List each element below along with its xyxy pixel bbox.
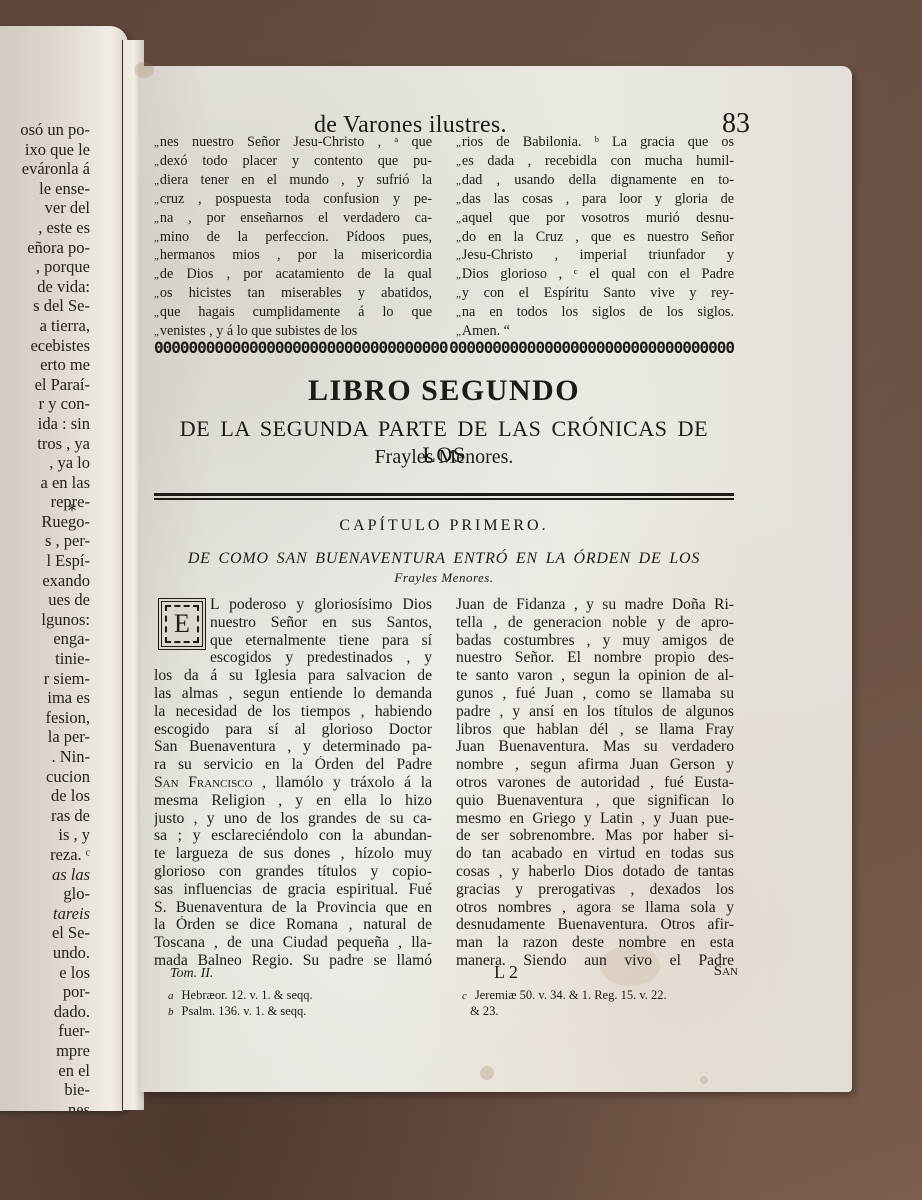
- left-page-line: s , per-: [0, 531, 90, 551]
- continued-text-left-column: „nes nuestro Señor Jesu-Christo , ᵃ que„…: [154, 134, 432, 342]
- body-line: escogidos y predestinados , y: [154, 649, 432, 667]
- quote-mark: „: [154, 269, 158, 281]
- body-right-column: Juan de Fidanza , y su madre Doña Ri-tel…: [456, 596, 734, 970]
- left-page-line: is , y: [0, 825, 90, 845]
- body-line: desnudamente Buenaventura. Otros afir-: [456, 916, 734, 934]
- body-line: te largueza de sus dones , hízolo muy: [154, 845, 432, 863]
- left-page-line: as las: [0, 865, 90, 885]
- left-page-line: repre-: [0, 492, 90, 512]
- body-line: quio Buenaventura , que significan lo: [456, 792, 734, 810]
- left-page-line: a en las: [0, 473, 90, 493]
- body-line: Toscana , de una Ciudad pequeña , lla-: [154, 934, 432, 952]
- left-page-line: enga-: [0, 629, 90, 649]
- text-line: „que hagais cumplidamente á lo que: [154, 304, 432, 323]
- left-page-line: , porque: [0, 257, 90, 277]
- left-page-line: fuer-: [0, 1021, 90, 1041]
- text-line: „y con el Espíritu Santo vive y rey-: [456, 285, 734, 304]
- left-page-line: lgunos:: [0, 610, 90, 630]
- quote-mark: „: [154, 307, 158, 319]
- chapter-summary: DE COMO SAN BUENAVENTURA ENTRÓ EN LA ÓRD…: [154, 550, 734, 568]
- left-page-line: mpre: [0, 1041, 90, 1061]
- left-page-line: ima es: [0, 688, 90, 708]
- left-page-line: undo.: [0, 943, 90, 963]
- quote-mark: „: [154, 213, 158, 225]
- body-line: mesmo en Griego y Latin , y Juan pue-: [456, 810, 734, 828]
- quote-mark: „: [154, 288, 158, 300]
- body-line: badas costumbres , y muy amigos de: [456, 632, 734, 650]
- footnote: aHebræor. 12. v. 1. & seqq.: [168, 988, 438, 1004]
- left-page-line: erto me: [0, 355, 90, 375]
- body-line: cosas , y haberlo Dios dotado de tantas: [456, 863, 734, 881]
- footnote: bPsalm. 136. v. 1. & seqq.: [168, 1004, 438, 1020]
- text-line: „na en todos los siglos de los siglos.: [456, 304, 734, 323]
- left-page-line: bie-: [0, 1080, 90, 1100]
- body-line: sas influencias de gracia espiritual. Fu…: [154, 881, 432, 899]
- text-line: „cruz , pospuesta toda confusion y pe-: [154, 191, 432, 210]
- left-page-line: exando: [0, 571, 90, 591]
- body-line: man la razon deste nombre en esta: [456, 934, 734, 952]
- left-page-line: el Se-: [0, 923, 90, 943]
- left-page-line: el Paraí-: [0, 375, 90, 395]
- quote-mark: „: [154, 137, 158, 149]
- left-page-line: glo-: [0, 884, 90, 904]
- footnote: cJeremiæ 50. v. 34. & 1. Reg. 15. v. 22.: [462, 988, 737, 1004]
- left-page-line: dado.: [0, 1002, 90, 1022]
- left-page: osó un po-ixo que leeváronla ále ense-ve…: [0, 26, 128, 1111]
- body-line: gunos , fué Juan , como se llamaba su: [456, 685, 734, 703]
- text-line: „nes nuestro Señor Jesu-Christo , ᵃ que: [154, 134, 432, 153]
- left-page-line: tros , ya: [0, 434, 90, 454]
- body-line: padre , y ansí en los títulos de algunos: [456, 703, 734, 721]
- quote-mark: „: [154, 175, 158, 187]
- text-line: „dexó todo placer y contento que pu-: [154, 153, 432, 172]
- left-page-line: l Espí-: [0, 551, 90, 571]
- quote-mark: „: [456, 232, 460, 244]
- left-page-line: de vida:: [0, 277, 90, 297]
- right-page: de Varones ilustres. 83 „nes nuestro Señ…: [140, 66, 852, 1092]
- quote-mark: „: [456, 137, 460, 149]
- body-line: S. Buenaventura de la Provincia que en: [154, 899, 432, 917]
- left-page-line: fesion,: [0, 708, 90, 728]
- left-page-line: tinie-: [0, 649, 90, 669]
- text-line: „Jesu-Christo , imperial triunfador y: [456, 247, 734, 266]
- ornamental-drop-cap: E: [158, 598, 206, 650]
- left-page-line: la per-: [0, 727, 90, 747]
- left-page-text: osó un po-ixo que leeváronla ále ense-ve…: [0, 120, 90, 1111]
- body-line: do tan acabado en virtud en todas sus: [456, 845, 734, 863]
- text-line: „do en la Cruz , que es nuestro Señor: [456, 229, 734, 248]
- left-page-line: r siem-: [0, 669, 90, 689]
- body-line: ra su servicio en la Órden del Padre: [154, 756, 432, 774]
- body-line: Juan de Fidanza , y su madre Doña Ri-: [456, 596, 734, 614]
- text-line: „de Dios , por acatamiento de la qual: [154, 266, 432, 285]
- footnotes-right: cJeremiæ 50. v. 34. & 1. Reg. 15. v. 22.…: [462, 988, 737, 1020]
- page-footer: Tom. II. L 2 San: [154, 966, 734, 986]
- quote-mark: „: [456, 194, 460, 206]
- left-page-line: de los: [0, 786, 90, 806]
- chapter-summary-continued: Frayles Menores.: [154, 570, 734, 586]
- body-left-column: E L poderoso y gloriosísimo Diosnuestro …: [154, 596, 432, 970]
- body-line: las almas , segun entiende lo demanda: [154, 685, 432, 703]
- quote-mark: „: [456, 269, 460, 281]
- left-page-line: , ya lo: [0, 453, 90, 473]
- text-line: „os hicistes tan miserables y abatidos,: [154, 285, 432, 304]
- left-page-line: ras de: [0, 806, 90, 826]
- body-line: nombre , segun afirma Juan Gerson y: [456, 756, 734, 774]
- body-line: te santo varon , segun la opinion de al-: [456, 667, 734, 685]
- text-line: „dad , usando della dignamente en to-: [456, 172, 734, 191]
- body-line: Juan Buenaventura. Mas su verdadero: [456, 738, 734, 756]
- text-line: „es dada , recebidla con mucha humil-: [456, 153, 734, 172]
- body-line: nuestro Señor. El nombre propio des-: [456, 649, 734, 667]
- footnote: & 23.: [462, 1004, 737, 1020]
- body-line: tella , de generacion noble y de apro-: [456, 614, 734, 632]
- left-page-line: ixo que le: [0, 140, 90, 160]
- left-page-line: e los: [0, 963, 90, 983]
- body-line: la Órden se dice Romana , natural de: [154, 916, 432, 934]
- text-line: „mino de la perfeccion. Pídoos pues,: [154, 229, 432, 248]
- left-page-line: ecebistes: [0, 336, 90, 356]
- body-line: otros varones de autoridad , fué Eusta-: [456, 774, 734, 792]
- footnotes-left: aHebræor. 12. v. 1. & seqq.bPsalm. 136. …: [168, 988, 438, 1020]
- signature-mark: L 2: [494, 962, 518, 983]
- margin-asterisk: *: [68, 501, 76, 520]
- left-page-line: por-: [0, 982, 90, 1002]
- body-line: los da á su Iglesia para salvacion de: [154, 667, 432, 685]
- left-page-line: tareis: [0, 904, 90, 924]
- left-page-line: Ruego-: [0, 512, 90, 532]
- left-page-line: eñora po-: [0, 238, 90, 258]
- continued-text-right-column: „rios de Babilonia. ᵇ La gracia que os„e…: [456, 134, 734, 342]
- text-line: „rios de Babilonia. ᵇ La gracia que os: [456, 134, 734, 153]
- text-line: „das las cosas , para loor y gloria de: [456, 191, 734, 210]
- quote-mark: „: [456, 156, 460, 168]
- quote-mark: „: [154, 194, 158, 206]
- quote-mark: „: [456, 250, 460, 262]
- left-page-line: ver del: [0, 198, 90, 218]
- body-line: sa ; y esclareciéndolo con la abundan-: [154, 827, 432, 845]
- text-line: „Dios glorioso , ᶜ el qual con el Padre: [456, 266, 734, 285]
- body-line: mesma Religion , y en ella lo hizo: [154, 792, 432, 810]
- left-page-line: le ense-: [0, 179, 90, 199]
- quote-mark: „: [456, 288, 460, 300]
- quote-mark: „: [456, 213, 460, 225]
- left-page-line: , este es: [0, 218, 90, 238]
- text-line: „diera tener en el mundo , y sufrió la: [154, 172, 432, 191]
- left-page-line: ida : sin: [0, 414, 90, 434]
- body-line: San Buenaventura , y determinado pa-: [154, 738, 432, 756]
- text-line: „aquel que por vosotros murió desnu-: [456, 210, 734, 229]
- left-page-line: cucion: [0, 767, 90, 787]
- left-page-line: nes: [0, 1100, 90, 1111]
- body-line: la necesidad de los tiempos , habiendo: [154, 703, 432, 721]
- quote-mark: „: [154, 232, 158, 244]
- left-page-line: . Nin-: [0, 747, 90, 767]
- quote-mark: „: [456, 175, 460, 187]
- left-page-line: eváronla á: [0, 159, 90, 179]
- quote-mark: „: [154, 156, 158, 168]
- body-line: glorioso con grandes títulos y copio-: [154, 863, 432, 881]
- body-line: libros que hablan dél , se llama Fray: [456, 721, 734, 739]
- left-page-line: s del Se-: [0, 296, 90, 316]
- left-page-line: osó un po-: [0, 120, 90, 140]
- book-subtitle-continued: Frayles Menores.: [154, 446, 734, 469]
- left-page-line: r y con-: [0, 394, 90, 414]
- body-line: de ser sobrenombre. Mas por haber si-: [456, 827, 734, 845]
- chapter-body: E L poderoso y gloriosísimo Diosnuestro …: [154, 596, 734, 970]
- body-line: otros nombres , agora se llama sola y: [456, 899, 734, 917]
- quote-mark: „: [456, 326, 460, 338]
- book-title: LIBRO SEGUNDO: [154, 374, 734, 408]
- left-page-line: en el: [0, 1061, 90, 1081]
- left-page-line: ues de: [0, 590, 90, 610]
- continued-text: „nes nuestro Señor Jesu-Christo , ᵃ que„…: [154, 134, 734, 342]
- volume-marker: Tom. II.: [170, 966, 213, 982]
- quote-mark: „: [154, 250, 158, 262]
- ornamental-rule: 0000000000000000000000000000000000 00000…: [154, 338, 734, 356]
- body-line: gracias y prerogativas , dexados los: [456, 881, 734, 899]
- quote-mark: „: [154, 326, 158, 338]
- body-line: justo , y uno de los grandes de su ca-: [154, 810, 432, 828]
- text-line: „hermanos mios , por la misericordia: [154, 247, 432, 266]
- body-line: San Francisco , llamólo y tráxolo á la: [154, 774, 432, 792]
- chapter-title: CAPÍTULO PRIMERO.: [154, 517, 734, 535]
- double-rule-divider: [154, 493, 734, 500]
- catchword: San: [714, 963, 738, 980]
- body-line: escogido para sí al glorioso Doctor: [154, 721, 432, 739]
- text-line: „na , por enseñarnos el verdadero ca-: [154, 210, 432, 229]
- left-page-line: a tierra,: [0, 316, 90, 336]
- quote-mark: „: [456, 307, 460, 319]
- left-page-line: reza. ᶜ: [0, 845, 90, 865]
